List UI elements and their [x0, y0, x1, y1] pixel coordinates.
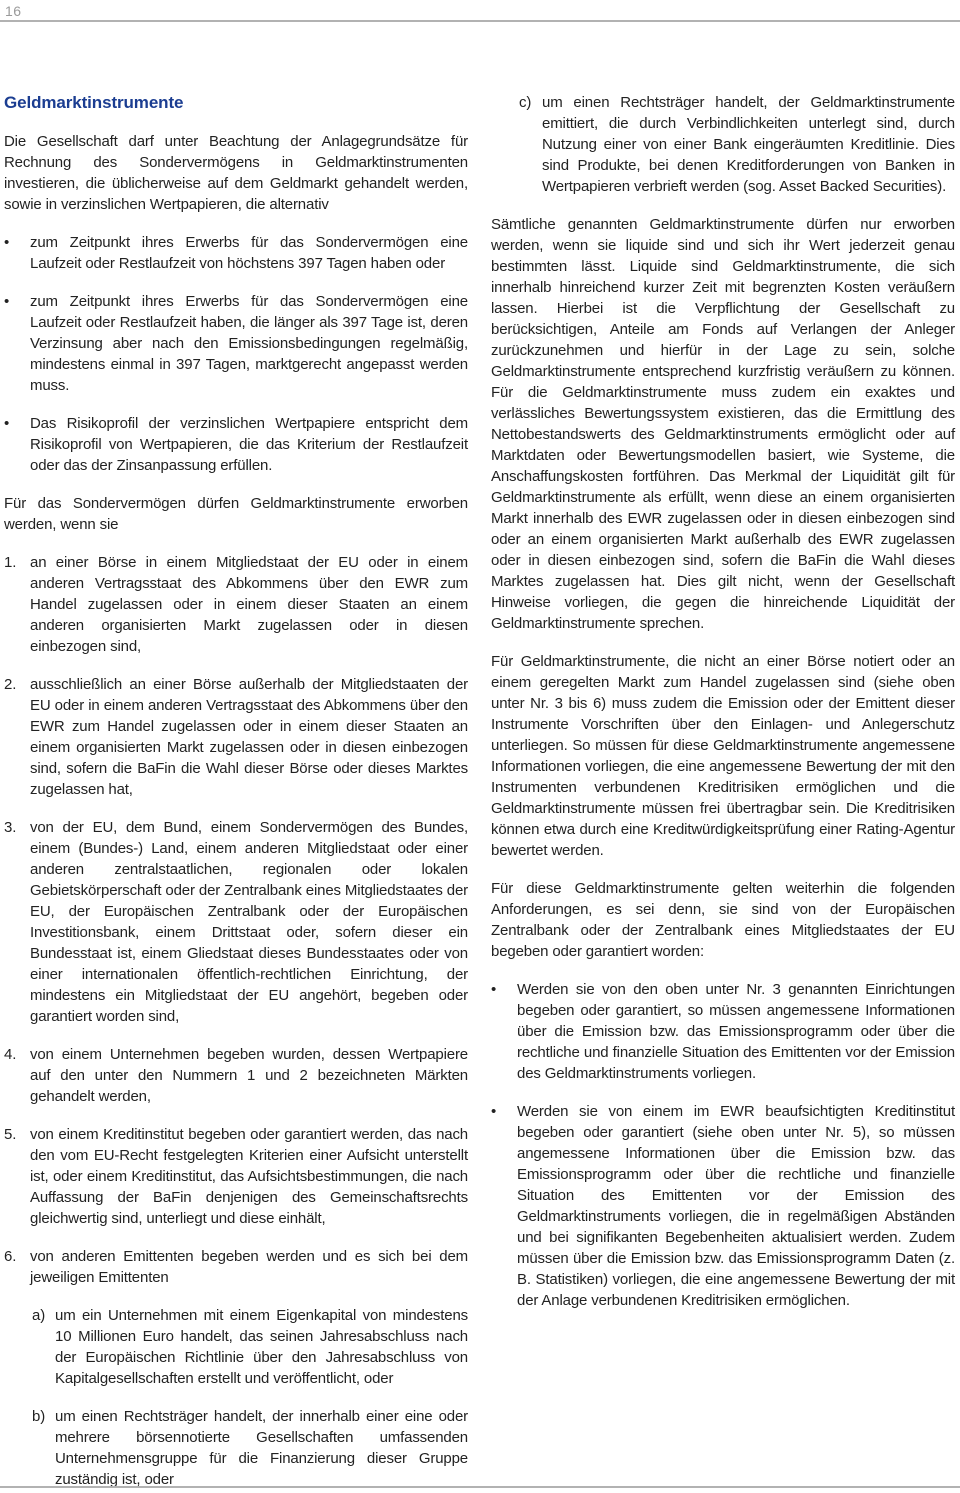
- bullet-text: Das Risikoprofil der verzinslichen Wertp…: [30, 413, 468, 476]
- numbered-item: 5. von einem Kreditinstitut begeben oder…: [4, 1124, 468, 1229]
- bullet-marker: •: [491, 979, 517, 1084]
- paragraph: Sämtliche genannten Geldmarktinstrumente…: [491, 214, 955, 634]
- bullet-item: • zum Zeitpunkt ihres Erwerbs für das So…: [4, 291, 468, 396]
- item-text: ausschließlich an einer Börse außerhalb …: [30, 674, 468, 800]
- numbered-item: 4. von einem Unternehmen begeben wurden,…: [4, 1044, 468, 1107]
- lettered-item: c) um einen Rechtsträger handelt, der Ge…: [491, 92, 955, 197]
- footer-rule: [0, 1486, 960, 1488]
- item-number: 1.: [4, 552, 30, 657]
- item-letter: b): [32, 1406, 55, 1490]
- bullet-item: • Werden sie von den oben unter Nr. 3 ge…: [491, 979, 955, 1084]
- section-heading: Geldmarktinstrumente: [4, 92, 468, 113]
- numbered-item: 2. ausschließlich an einer Börse außerha…: [4, 674, 468, 800]
- bullet-item: • zum Zeitpunkt ihres Erwerbs für das So…: [4, 232, 468, 274]
- bullet-text: Werden sie von den oben unter Nr. 3 gena…: [517, 979, 955, 1084]
- left-column: Geldmarktinstrumente Die Gesellschaft da…: [4, 92, 468, 1490]
- paragraph: Für Geldmarktinstrumente, die nicht an e…: [491, 651, 955, 861]
- item-letter: a): [32, 1305, 55, 1389]
- bullet-text: zum Zeitpunkt ihres Erwerbs für das Sond…: [30, 291, 468, 396]
- page-number: 16: [5, 3, 22, 19]
- item-letter: c): [519, 92, 542, 197]
- lettered-item: a) um ein Unternehmen mit einem Eigenkap…: [4, 1305, 468, 1389]
- paragraph-intro: Die Gesellschaft darf unter Beachtung de…: [4, 131, 468, 215]
- header-rule: [0, 20, 960, 22]
- item-number: 3.: [4, 817, 30, 1027]
- item-text: um einen Rechtsträger handelt, der Geldm…: [542, 92, 955, 197]
- bullet-marker: •: [4, 413, 30, 476]
- bullet-text: Werden sie von einem im EWR beaufsichtig…: [517, 1101, 955, 1311]
- content-columns: Geldmarktinstrumente Die Gesellschaft da…: [4, 92, 955, 1490]
- numbered-item: 3. von der EU, dem Bund, einem Sonderver…: [4, 817, 468, 1027]
- bullet-item: • Werden sie von einem im EWR beaufsicht…: [491, 1101, 955, 1311]
- item-text: von der EU, dem Bund, einem Sondervermög…: [30, 817, 468, 1027]
- bullet-text: zum Zeitpunkt ihres Erwerbs für das Sond…: [30, 232, 468, 274]
- paragraph: Für diese Geldmarktinstrumente gelten we…: [491, 878, 955, 962]
- item-text: von einem Unternehmen begeben wurden, de…: [30, 1044, 468, 1107]
- numbered-item: 6. von anderen Emittenten begeben werden…: [4, 1246, 468, 1288]
- item-number: 2.: [4, 674, 30, 800]
- document-page: { "page": { "number": "16" }, "colors": …: [0, 0, 960, 1493]
- item-text: von einem Kreditinstitut begeben oder ga…: [30, 1124, 468, 1229]
- item-text: von anderen Emittenten begeben werden un…: [30, 1246, 468, 1288]
- paragraph-lead-in: Für das Sondervermögen dürfen Geldmarkti…: [4, 493, 468, 535]
- lettered-item: b) um einen Rechtsträger handelt, der in…: [4, 1406, 468, 1490]
- item-number: 6.: [4, 1246, 30, 1288]
- bullet-marker: •: [491, 1101, 517, 1311]
- item-text: an einer Börse in einem Mitgliedstaat de…: [30, 552, 468, 657]
- numbered-item: 1. an einer Börse in einem Mitgliedstaat…: [4, 552, 468, 657]
- bullet-marker: •: [4, 232, 30, 274]
- right-column: c) um einen Rechtsträger handelt, der Ge…: [491, 92, 955, 1490]
- bullet-marker: •: [4, 291, 30, 396]
- item-text: um einen Rechtsträger handelt, der inner…: [55, 1406, 468, 1490]
- item-number: 5.: [4, 1124, 30, 1229]
- item-number: 4.: [4, 1044, 30, 1107]
- bullet-item: • Das Risikoprofil der verzinslichen Wer…: [4, 413, 468, 476]
- item-text: um ein Unternehmen mit einem Eigenkapita…: [55, 1305, 468, 1389]
